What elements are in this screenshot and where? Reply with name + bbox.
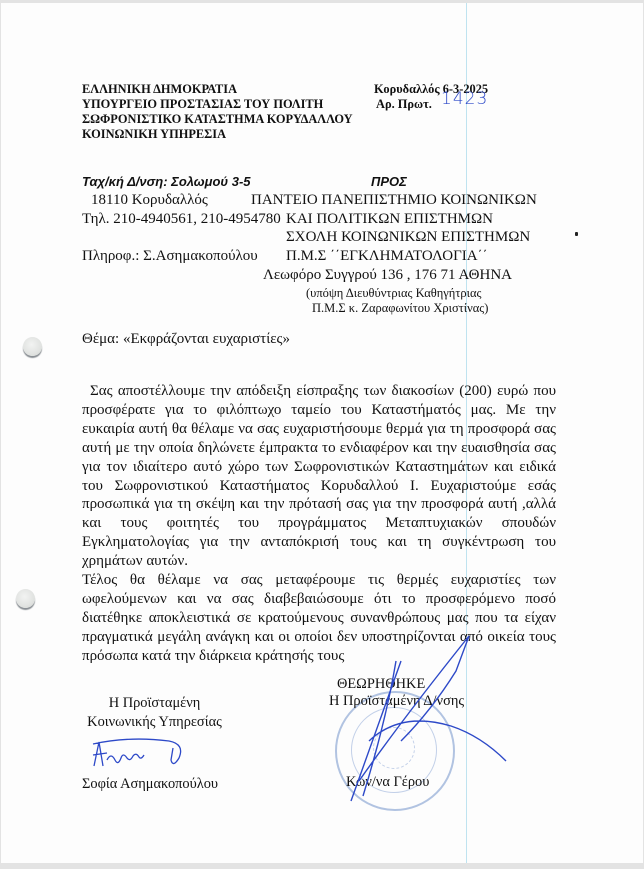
- recipient-attention: Π.Μ.Σ κ. Ζαραφωνίτου Χριστίνας): [312, 301, 488, 316]
- body-paragraph: Σας αποστέλλουμε την απόδειξη είσπραξης …: [82, 382, 556, 571]
- recipient-address: Λεωφόρο Συγγρού 136 , 176 71 ΑΘΗΝΑ: [263, 267, 512, 284]
- left-signatory-title: Η Προϊσταμένη Κοινωνικής Υπηρεσίας: [82, 695, 227, 731]
- left-signatory-name: Σοφία Ασημακοπούλου: [82, 776, 218, 793]
- header-line: ΥΠΟΥΡΓΕΙΟ ΠΡΟΣΤΑΣΙΑΣ ΤΟΥ ΠΟΛΙΤΗ: [82, 97, 353, 112]
- signatory-title-line: Η Προϊσταμένη: [82, 695, 227, 712]
- protocol-number: 1423: [441, 89, 488, 109]
- punch-hole-icon: [23, 337, 42, 356]
- sender-phones: Τηλ. 210-4940561, 210-4954780: [82, 211, 281, 228]
- recipient-line: ΠΑΝΤΕΙΟ ΠΑΝΕΠΙΣΤΗΜΙΟ ΚΟΙΝΩΝΙΚΩΝ: [251, 192, 537, 209]
- to-label: ΠΡΟΣ: [371, 174, 407, 189]
- sender-postcode-city: 18110 Κορυδαλλός: [91, 192, 208, 209]
- sender-address: Ταχ/κή Δ/νση: Σολωμού 3-5: [82, 174, 251, 189]
- issuer-header: ΕΛΛΗΝΙΚΗ ΔΗΜΟΚΡΑΤΙΑ ΥΠΟΥΡΓΕΙΟ ΠΡΟΣΤΑΣΙΑΣ…: [82, 82, 353, 142]
- handwritten-signature-icon: [341, 631, 511, 801]
- handwritten-signature-icon: [89, 738, 189, 773]
- recipient-line: ΣΧΟΛΗ ΚΟΙΝΩΝΙΚΩΝ ΕΠΙΣΤΗΜΩΝ: [286, 229, 530, 246]
- header-line: ΚΟΙΝΩΝΙΚΗ ΥΠΗΡΕΣΙΑ: [82, 127, 353, 142]
- recipient-line: Π.Μ.Σ ΄΄ΕΓΚΛΗΜΑΤΟΛΟΓΙΑ΄΄: [286, 248, 488, 265]
- header-line: ΕΛΛΗΝΙΚΗ ΔΗΜΟΚΡΑΤΙΑ: [82, 82, 353, 97]
- document-page: ΕΛΛΗΝΙΚΗ ΔΗΜΟΚΡΑΤΙΑ ΥΠΟΥΡΓΕΙΟ ΠΡΟΣΤΑΣΙΑΣ…: [1, 3, 643, 863]
- sender-info: Πληροφ.: Σ.Ασημακοπούλου: [82, 248, 258, 265]
- header-line: ΣΩΦΡΟΝΙΣΤΙΚΟ ΚΑΤΑΣΤΗΜΑ ΚΟΡΥΔΑΛΛΟΥ: [82, 112, 353, 127]
- recipient-attention: (υπόψη Διευθύντριας Καθηγήτριας: [306, 286, 481, 301]
- signatory-title-line: Κοινωνικής Υπηρεσίας: [82, 714, 227, 731]
- letter-body: Σας αποστέλλουμε την απόδειξη είσπραξης …: [82, 382, 556, 666]
- punch-hole-icon: [16, 589, 35, 608]
- speck-mark: [575, 232, 578, 236]
- protocol-label: Αρ. Πρωτ.: [376, 97, 432, 112]
- subject-line: Θέμα: «Εκφράζονται ευχαριστίες»: [82, 331, 290, 348]
- recipient-line: ΚΑΙ ΠΟΛΙΤΙΚΩΝ ΕΠΙΣΤΗΜΩΝ: [286, 211, 493, 228]
